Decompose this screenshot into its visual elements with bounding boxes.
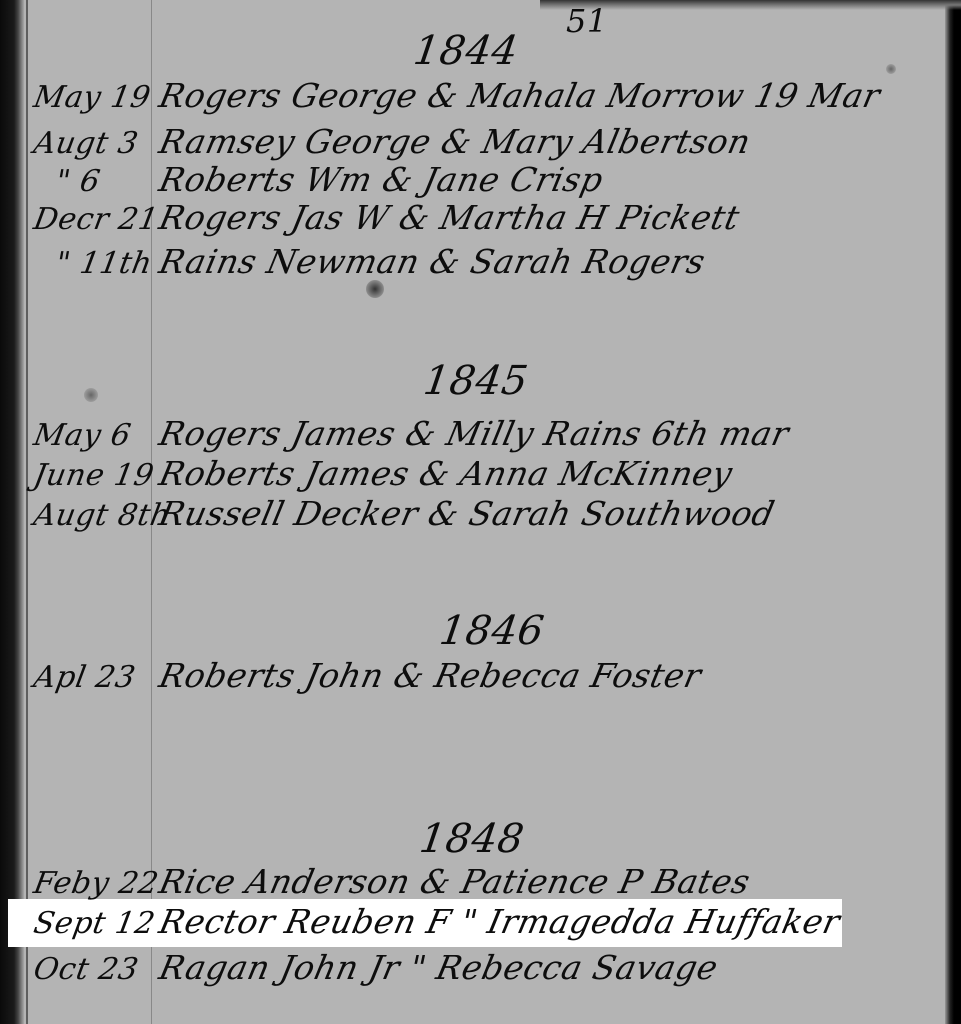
year-heading-1844: 1844 — [411, 28, 521, 74]
highlighted-entry-names: Rector Reuben F " Irmagedda Huffaker — [156, 902, 844, 941]
entry-date: " 6 — [53, 164, 103, 199]
entry-names: Rains Newman & Sarah Rogers — [156, 242, 709, 281]
page-number: 51 — [566, 2, 608, 40]
entry-names: Roberts Wm & Jane Crisp — [156, 160, 607, 199]
entry-names: Roberts John & Rebecca Foster — [156, 656, 705, 695]
year-heading-1845: 1845 — [421, 358, 531, 404]
entry-date: Oct 23 — [31, 952, 141, 987]
entry-names: Roberts James & Anna McKinney — [156, 454, 736, 493]
entry-date: Apl 23 — [31, 660, 138, 695]
entry-date: " 11th — [53, 246, 155, 281]
entry-names: Rogers James & Milly Rains 6th mar — [156, 414, 793, 453]
register-page: 51 1844 May 19 Rogers George & Mahala Mo… — [0, 0, 961, 1024]
entry-date: June 19 — [31, 458, 157, 493]
entry-names: Russell Decker & Sarah Southwood — [156, 494, 778, 533]
entry-names: Ragan John Jr " Rebecca Savage — [156, 948, 722, 987]
entry-names: Rice Anderson & Patience P Bates — [156, 862, 754, 901]
entry-date: May 6 — [31, 418, 134, 453]
entry-names: Rogers George & Mahala Morrow 19 Mar — [156, 76, 884, 115]
entry-date: Feby 22 — [31, 866, 161, 901]
binding-margin-line — [26, 0, 28, 1024]
page-right-edge — [945, 0, 961, 1024]
book-binding — [0, 0, 24, 1024]
entry-date: Augt 3 — [31, 126, 141, 161]
highlighted-entry-date: Sept 12 — [31, 906, 158, 941]
year-heading-1848: 1848 — [417, 816, 527, 862]
ink-blot — [84, 388, 98, 402]
entry-date: Decr 21 — [31, 202, 161, 237]
entry-date: May 19 — [31, 80, 153, 115]
year-heading-1846: 1846 — [437, 608, 547, 654]
entry-names: Ramsey George & Mary Albertson — [156, 122, 755, 161]
entry-date: Augt 8th — [31, 498, 173, 533]
ink-blot — [366, 280, 384, 298]
entry-names: Rogers Jas W & Martha H Pickett — [156, 198, 743, 237]
ink-blot — [886, 64, 896, 74]
